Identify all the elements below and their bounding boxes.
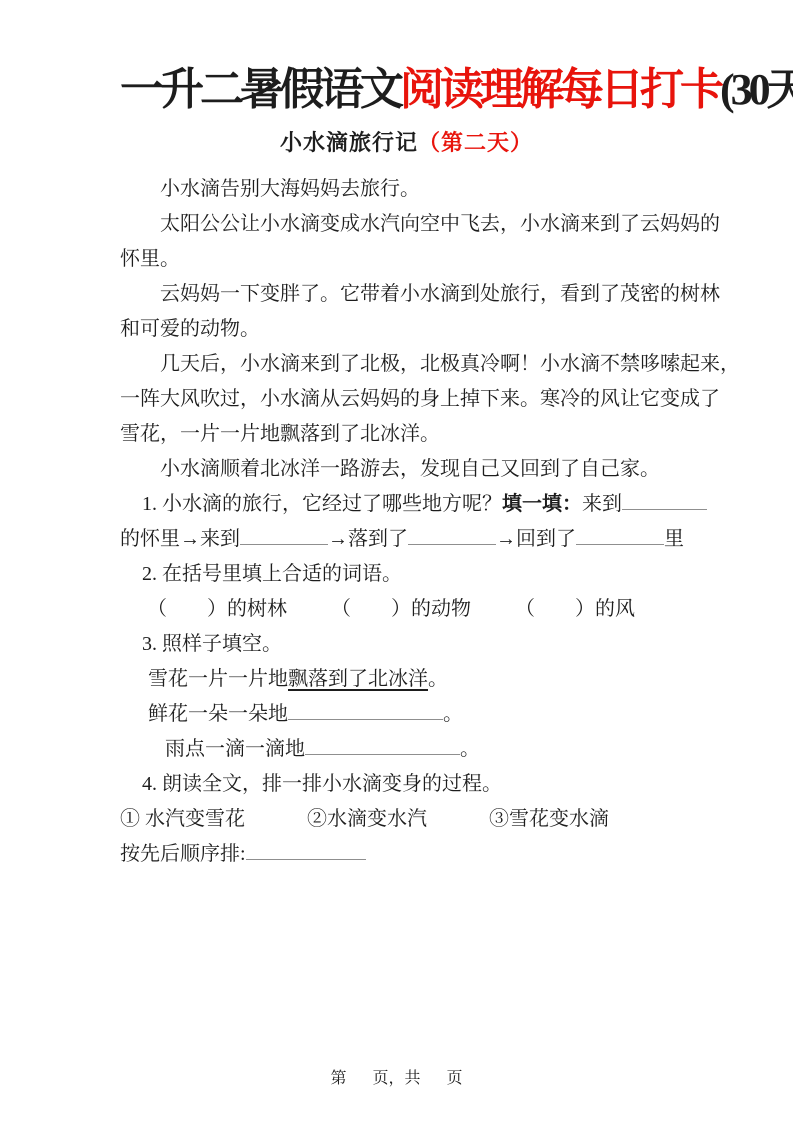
question-1-tail: 里	[664, 528, 684, 550]
footer-page-prefix: 第	[330, 1070, 346, 1087]
passage-title-text: 小水滴旅行记	[280, 130, 418, 155]
example-prefix: 雪花一片一片地	[148, 668, 288, 690]
question-4-options: ① 水汽变雪花②水滴变水汽③雪花变水滴	[120, 802, 693, 837]
question-1-line-2: 的怀里→来到→落到了→回到了里	[120, 522, 693, 557]
title-red-middle: 阅读理解每日打卡	[400, 65, 720, 114]
page-title: 一升二暑假语文阅读理解每日打卡(30天)	[120, 64, 693, 116]
fill-2-end: 。	[460, 738, 480, 760]
page-footer: 第页，共页	[0, 1065, 793, 1088]
question-4-stem: 4. 朗读全文，排一排小水滴变身的过程。	[142, 767, 693, 802]
worksheet-body: 小水滴告别大海妈妈去旅行。 太阳公公让小水滴变成水汽向空中飞去，小水滴来到了云妈…	[120, 172, 693, 872]
question-1-line-1: 1. 小水滴的旅行，它经过了哪些地方呢？填一填：来到	[142, 487, 693, 522]
title-black-right: (30天)	[720, 65, 793, 114]
passage-line: 一阵大风吹过，小水滴从云妈妈的身上掉下来。寒冷的风让它变成了	[120, 382, 693, 417]
fill-2-prefix: 雨点一滴一滴地	[165, 738, 305, 760]
example-end: 。	[428, 668, 448, 690]
fill-blank	[305, 734, 460, 755]
question-2-stem: 2. 在括号里填上合适的词语。	[142, 557, 693, 592]
passage-title-day-badge: （第二天）	[418, 130, 533, 155]
paren-fill-item: （ ）的树林	[147, 598, 287, 620]
paren-fill-item: （ ）的风	[515, 598, 635, 620]
fill-blank	[576, 524, 664, 545]
order-option: ① 水汽变雪花	[120, 808, 245, 830]
worksheet-page: 一升二暑假语文阅读理解每日打卡(30天) 小水滴旅行记（第二天） 小水滴告别大海…	[0, 0, 793, 1122]
title-black-left: 一升二暑假语文	[120, 65, 400, 114]
passage-line: 怀里。	[120, 242, 693, 277]
paren-fill-item: （ ）的动物	[331, 598, 471, 620]
fill-blank	[240, 524, 328, 545]
order-option: ③雪花变水滴	[489, 808, 609, 830]
fill-blank	[408, 524, 496, 545]
question-3-fill-1: 鲜花一朵一朵地。	[148, 697, 693, 732]
question-3-example: 雪花一片一片地飘落到了北冰洋。	[148, 662, 693, 697]
passage-line: 小水滴告别大海妈妈去旅行。	[120, 172, 693, 207]
question-1-cont-1: 的怀里→来到	[120, 528, 240, 550]
order-option: ②水滴变水汽	[307, 808, 427, 830]
fill-blank	[246, 839, 366, 860]
passage-line: 云妈妈一下变胖了。它带着小水滴到处旅行，看到了茂密的树林	[120, 277, 693, 312]
passage-title: 小水滴旅行记（第二天）	[120, 128, 693, 158]
passage-line: 小水滴顺着北冰洋一路游去，发现自己又回到了自己家。	[120, 452, 693, 487]
passage-line: 几天后，小水滴来到了北极，北极真冷啊！小水滴不禁哆嗦起来，	[120, 347, 693, 382]
question-4-order: 按先后顺序排:	[120, 837, 693, 872]
fill-1-end: 。	[443, 703, 463, 725]
fill-1-prefix: 鲜花一朵一朵地	[148, 703, 288, 725]
fill-blank	[288, 699, 443, 720]
example-underlined-text: 飘落到了北冰洋	[288, 668, 428, 690]
passage-line: 和可爱的动物。	[120, 312, 693, 347]
passage-line: 雪花，一片一片地飘落到了北冰洋。	[120, 417, 693, 452]
question-3-stem: 3. 照样子填空。	[142, 627, 693, 662]
question-1-cont-3: →回到了	[496, 528, 576, 550]
question-3-fill-2: 雨点一滴一滴地。	[165, 732, 693, 767]
footer-page-middle: 页，共	[372, 1070, 420, 1087]
order-label: 按先后顺序排:	[120, 843, 246, 865]
question-1-stem: 1. 小水滴的旅行，它经过了哪些地方呢？	[142, 493, 502, 515]
footer-page-suffix: 页	[447, 1070, 463, 1087]
question-1-lead: 来到	[582, 493, 622, 515]
question-1-fill-label: 填一填：	[502, 493, 582, 515]
question-1-cont-2: →落到了	[328, 528, 408, 550]
question-2-items: （ ）的树林（ ）的动物（ ）的风	[147, 592, 693, 627]
passage-line: 太阳公公让小水滴变成水汽向空中飞去，小水滴来到了云妈妈的	[120, 207, 693, 242]
fill-blank	[622, 489, 707, 510]
